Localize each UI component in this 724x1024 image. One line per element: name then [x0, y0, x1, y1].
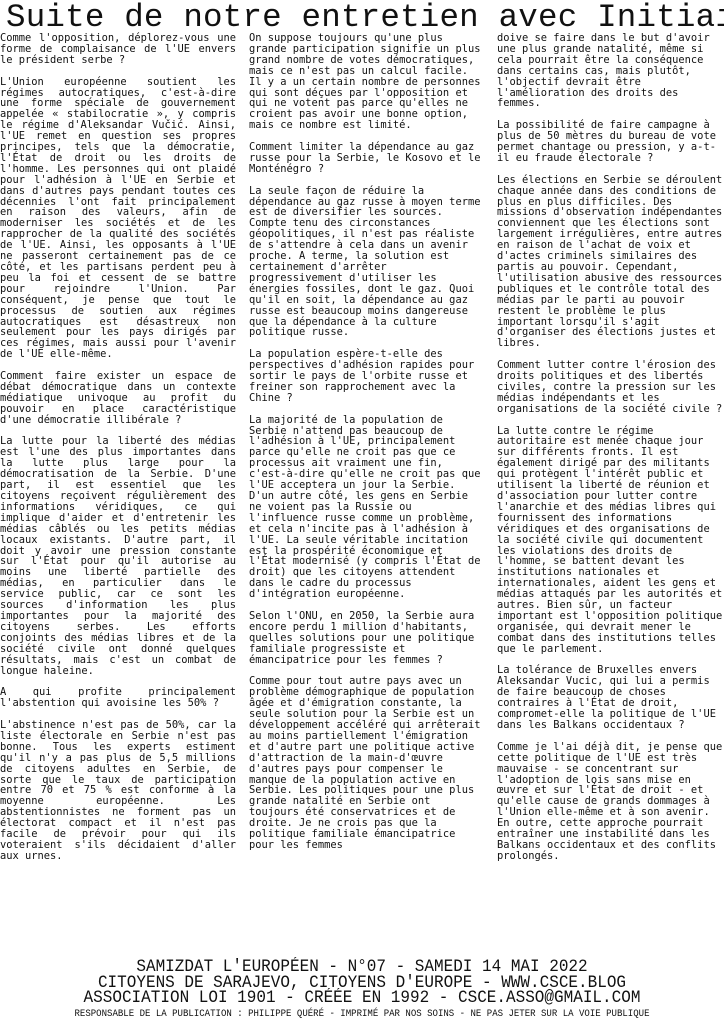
- colophon: SAMIZDAT L'EUROPÉEN - N°07 - SAMEDI 14 M…: [0, 960, 724, 1020]
- answer: La lutte pour la liberté des médias est …: [0, 436, 236, 676]
- answer: La seule façon de réduire la dépendance …: [249, 186, 481, 339]
- column-left: Comme l'opposition, déplorez-vous une fo…: [0, 33, 236, 873]
- answer: L'Union européenne soutient les régimes …: [0, 77, 236, 361]
- answer: On suppose toujours qu'une plus grande p…: [249, 33, 481, 131]
- answer: Comme je l'ai déjà dit, je pense que cet…: [497, 742, 724, 862]
- column-middle: On suppose toujours qu'une plus grande p…: [249, 33, 481, 862]
- question: Comme l'opposition, déplorez-vous une fo…: [0, 33, 236, 66]
- page-title: Suite de notre entretien avec Initiaitve…: [6, 0, 724, 36]
- contact-line: ASSOCIATION LOI 1901 - CRÉÉE EN 1992 - C…: [29, 991, 695, 1007]
- question: A qui profite principalement l'abstentio…: [0, 687, 236, 709]
- answer: L'abstinence n'est pas de 50%, car la li…: [0, 720, 236, 862]
- legal-line: RESPONSABLE DE LA PUBLICATION : PHILIPPE…: [47, 1008, 677, 1020]
- answer: doive se faire dans le but d'avoir une p…: [497, 33, 724, 109]
- question: La tolérance de Bruxelles envers Aleksan…: [497, 665, 724, 730]
- answer: Les élections en Serbie se déroulent cha…: [497, 175, 724, 350]
- column-right: doive se faire dans le but d'avoir une p…: [497, 33, 724, 873]
- question: Comment lutter contre l'érosion des droi…: [497, 360, 724, 415]
- answer: La majorité de la population de Serbie n…: [249, 415, 481, 600]
- question: La population espère-t-elle des perspect…: [249, 349, 481, 404]
- question: La possibilité de faire campagne à plus …: [497, 120, 724, 164]
- question: Selon l'ONU, en 2050, la Serbie aura enc…: [249, 611, 481, 666]
- question: Comment faire exister un espace de débat…: [0, 371, 236, 426]
- answer: Comme pour tout autre pays avec un probl…: [249, 676, 481, 851]
- answer: La lutte contre le régime autoritaire es…: [497, 426, 724, 655]
- question: Comment limiter la dépendance au gaz rus…: [249, 142, 481, 175]
